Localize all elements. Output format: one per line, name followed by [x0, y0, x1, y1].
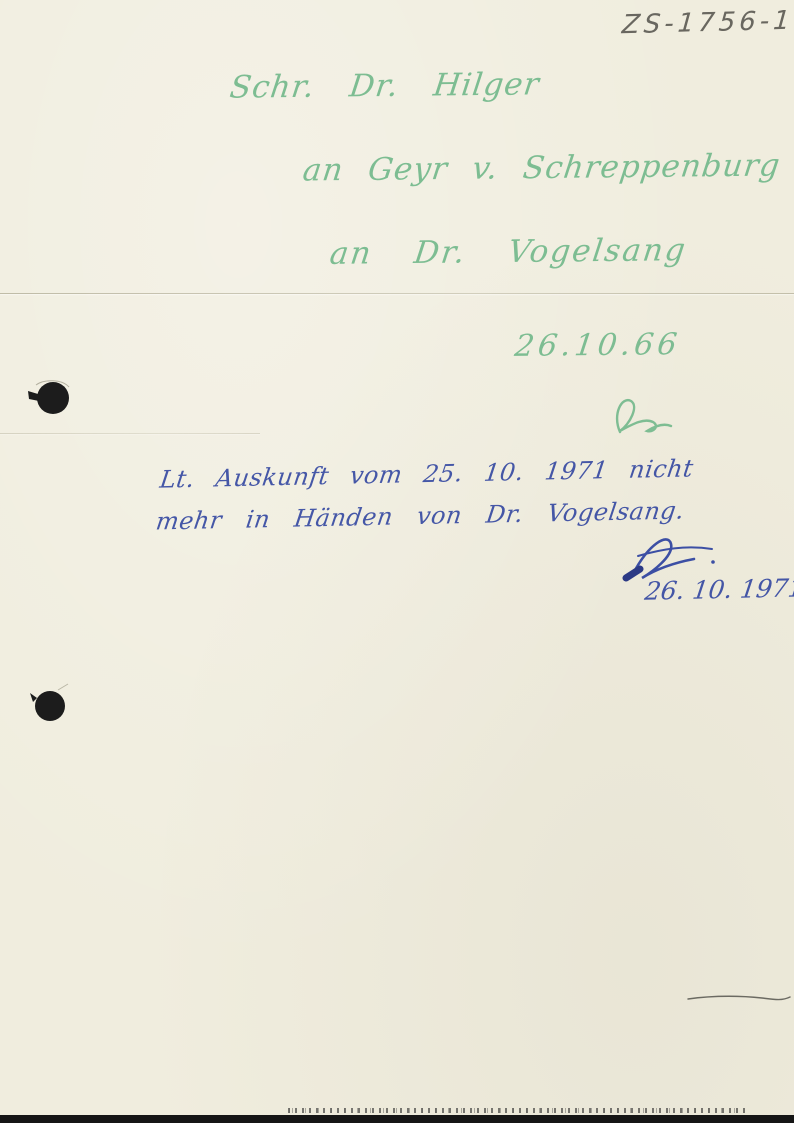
bleedthrough-text-fragments	[288, 1108, 746, 1113]
archive-number: ZS-1756-1	[621, 6, 794, 41]
blue-note-line-1: Lt. Auskunft vom 25. 10. 1971 nicht	[158, 454, 695, 493]
hole-punch-bottom	[24, 684, 72, 726]
scan-edge-strip	[0, 1115, 794, 1123]
scanned-document-page: ZS-1756-1 Schr. Dr. Hilger an Geyr v. Sc…	[0, 0, 794, 1123]
blue-note-date: 26. 10. 1971	[643, 573, 794, 605]
blue-note-line-2: mehr in Händen von Dr. Vogelsang.	[154, 496, 686, 535]
green-initials-paraph	[610, 392, 674, 438]
hole-punch-top	[24, 377, 72, 419]
paper-fold-line-upper	[0, 293, 794, 294]
green-note-date: 26.10.66	[513, 327, 683, 364]
green-note-line-2: an Geyr v. Schreppenburg	[301, 147, 783, 188]
pencil-dash-line	[686, 990, 792, 1006]
green-note-line-3: an Dr. Vogelsang	[328, 232, 689, 272]
green-note-line-1: Schr. Dr. Hilger	[228, 66, 542, 105]
paper-fold-line-lower	[0, 433, 260, 434]
